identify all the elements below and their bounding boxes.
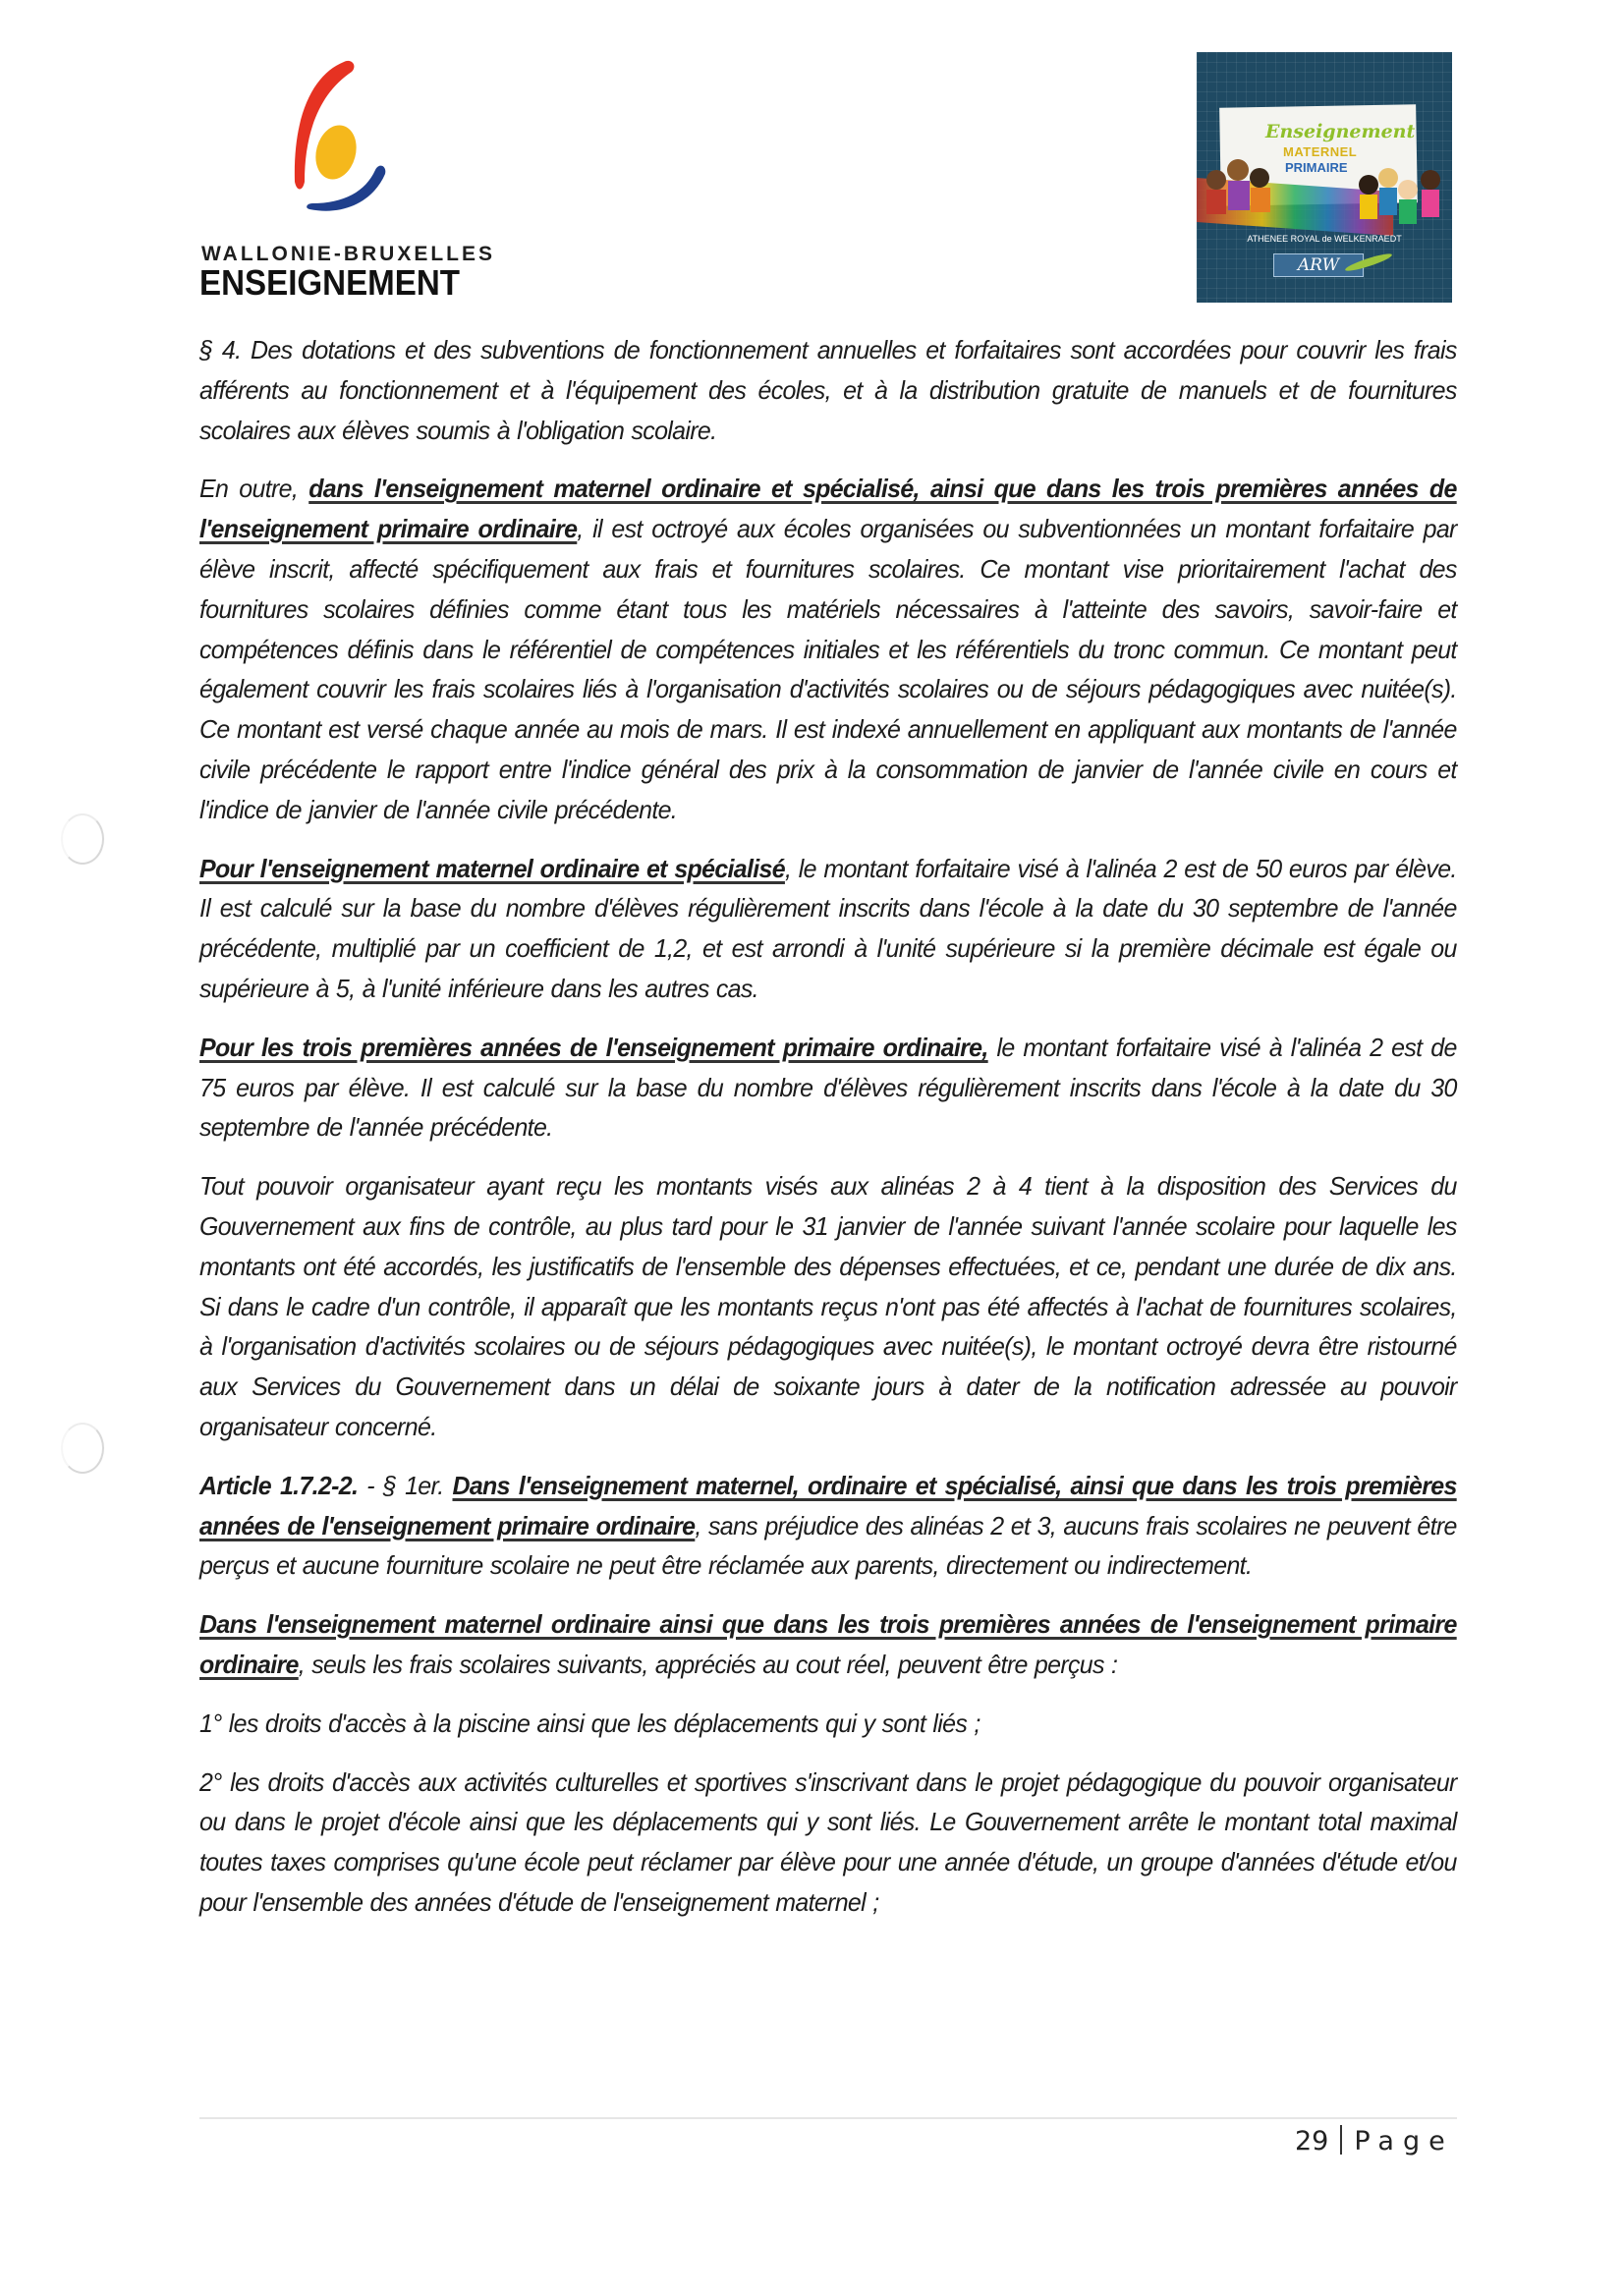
- logo-title-maternel: MATERNEL: [1283, 144, 1357, 159]
- page-separator: [1340, 2125, 1342, 2155]
- paragraph-article-1-7-2-2: Article 1.7.2-2. - § 1er. Dans l'enseign…: [199, 1466, 1457, 1586]
- footer-divider: [199, 2117, 1457, 2119]
- list-item-2: 2° les droits d'accès aux activités cult…: [199, 1763, 1457, 1923]
- emphasis-underlined: Pour l'enseignement maternel ordinaire e…: [199, 854, 785, 883]
- document-body: § 4. Des dotations et des subventions de…: [199, 330, 1457, 1941]
- section-ref: - § 1er.: [358, 1471, 452, 1500]
- paragraph-maternel-amount: Pour l'enseignement maternel ordinaire e…: [199, 849, 1457, 1009]
- punch-hole-mark: [61, 1423, 104, 1474]
- page-label: Page: [1354, 2126, 1453, 2156]
- logo-line-enseignement: ENSEIGNEMENT: [199, 262, 460, 304]
- paragraph-rest: , il est octroyé aux écoles organisées o…: [199, 514, 1457, 824]
- wb-emblem-icon: [275, 54, 403, 226]
- wallonie-bruxelles-logo: WALLONIE-BRUXELLES ENSEIGNEMENT: [196, 54, 481, 309]
- paragraph-lead: En outre,: [199, 474, 308, 503]
- article-label: Article 1.7.2-2.: [199, 1471, 358, 1500]
- logo-title-enseignement: Enseignement: [1265, 121, 1415, 142]
- page-number: 29Page: [1295, 2125, 1454, 2156]
- paragraph-4: § 4. Des dotations et des subventions de…: [199, 330, 1457, 450]
- logo-title-primaire: PRIMAIRE: [1285, 160, 1348, 175]
- paragraph-frais-autorises: Dans l'enseignement maternel ordinaire a…: [199, 1604, 1457, 1685]
- paragraph-en-outre: En outre, dans l'enseignement maternel o…: [199, 469, 1457, 829]
- athenee-royal-welkenraedt-logo: Enseignement MATERNEL PRIMAIRE ATHENEE R…: [1197, 52, 1452, 303]
- paragraph-rest: , seuls les frais scolaires suivants, ap…: [299, 1650, 1118, 1679]
- emphasis-underlined: Pour les trois premières années de l'ens…: [199, 1033, 988, 1062]
- paragraph-primaire-amount: Pour les trois premières années de l'ens…: [199, 1028, 1457, 1148]
- punch-hole-mark: [61, 813, 104, 865]
- paragraph-controle: Tout pouvoir organisateur ayant reçu les…: [199, 1166, 1457, 1447]
- page-number-value: 29: [1295, 2126, 1328, 2156]
- logo-school-name: ATHENEE ROYAL de WELKENRAEDT: [1197, 234, 1452, 244]
- list-item-1: 1° les droits d'accès à la piscine ainsi…: [199, 1704, 1457, 1744]
